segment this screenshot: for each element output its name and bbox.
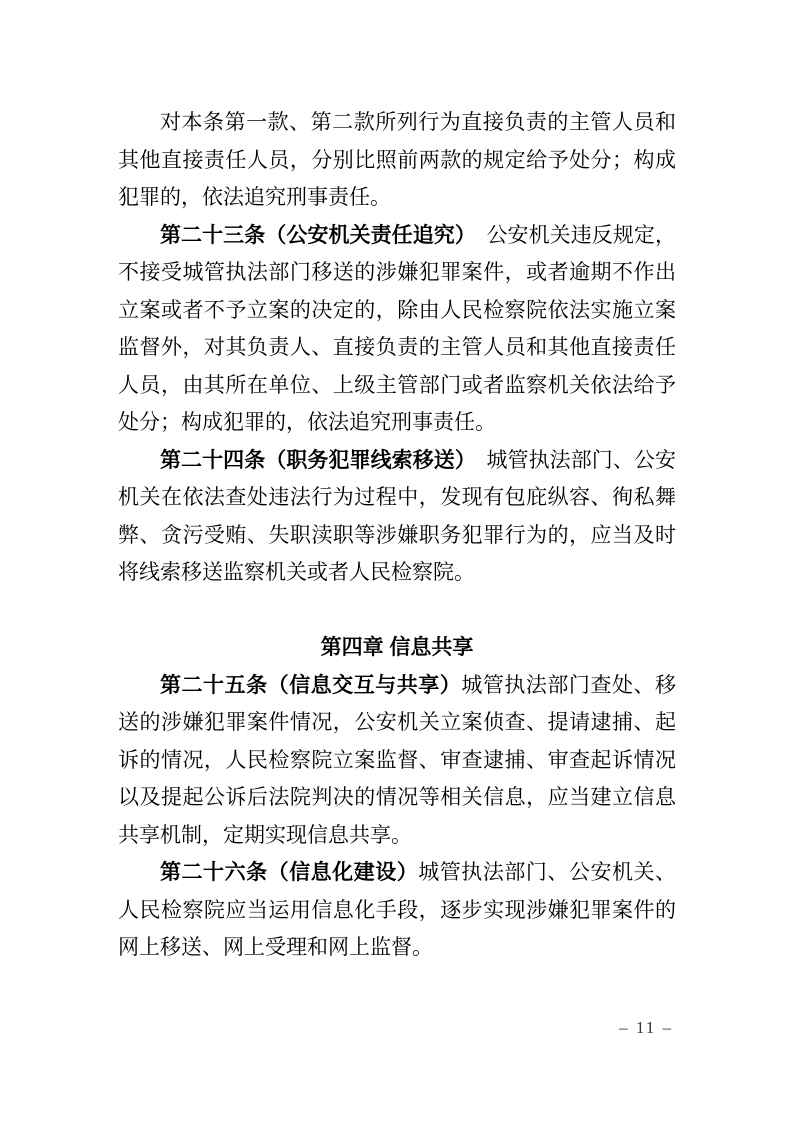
article-paragraph-24: 第二十四条（职务犯罪线索移送） 城管执法部门、公安机关在依法查处违法行为过程中，… [118,442,676,592]
article-lead-label: 第二十四条（职务犯罪线索移送） [160,448,465,472]
body-paragraph: 对本条第一款、第二款所列行为直接负责的主管人员和其他直接责任人员，分别比照前两款… [118,104,676,217]
paragraph-text: 对本条第一款、第二款所列行为直接负责的主管人员和其他直接责任人员，分别比照前两款… [118,110,676,209]
article-paragraph-26: 第二十六条（信息化建设）城管执法部门、公安机关、人民检察院应当运用信息化手段，逐… [118,854,676,967]
paragraph-text: 城管执法部门查处、移送的涉嫌犯罪案件情况，公安机关立案侦查、提请逮捕、起诉的情况… [118,673,676,847]
chapter-heading: 第四章 信息共享 [118,629,676,667]
article-paragraph-25: 第二十五条（信息交互与共享）城管执法部门查处、移送的涉嫌犯罪案件情况，公安机关立… [118,667,676,855]
article-lead-label: 第二十五条（信息交互与共享） [160,673,461,697]
article-lead-label: 第二十六条（信息化建设） [160,860,418,884]
document-page-body: 对本条第一款、第二款所列行为直接负责的主管人员和其他直接责任人员，分别比照前两款… [118,104,676,967]
article-paragraph-23: 第二十三条（公安机关责任追究） 公安机关违反规定，不接受城管执法部门移送的涉嫌犯… [118,217,676,442]
paragraph-text: 公安机关违反规定，不接受城管执法部门移送的涉嫌犯罪案件，或者逾期不作出立案或者不… [118,223,676,435]
article-lead-label: 第二十三条（公安机关责任追究） [160,223,465,247]
page-number: – 11 – [619,1018,673,1038]
